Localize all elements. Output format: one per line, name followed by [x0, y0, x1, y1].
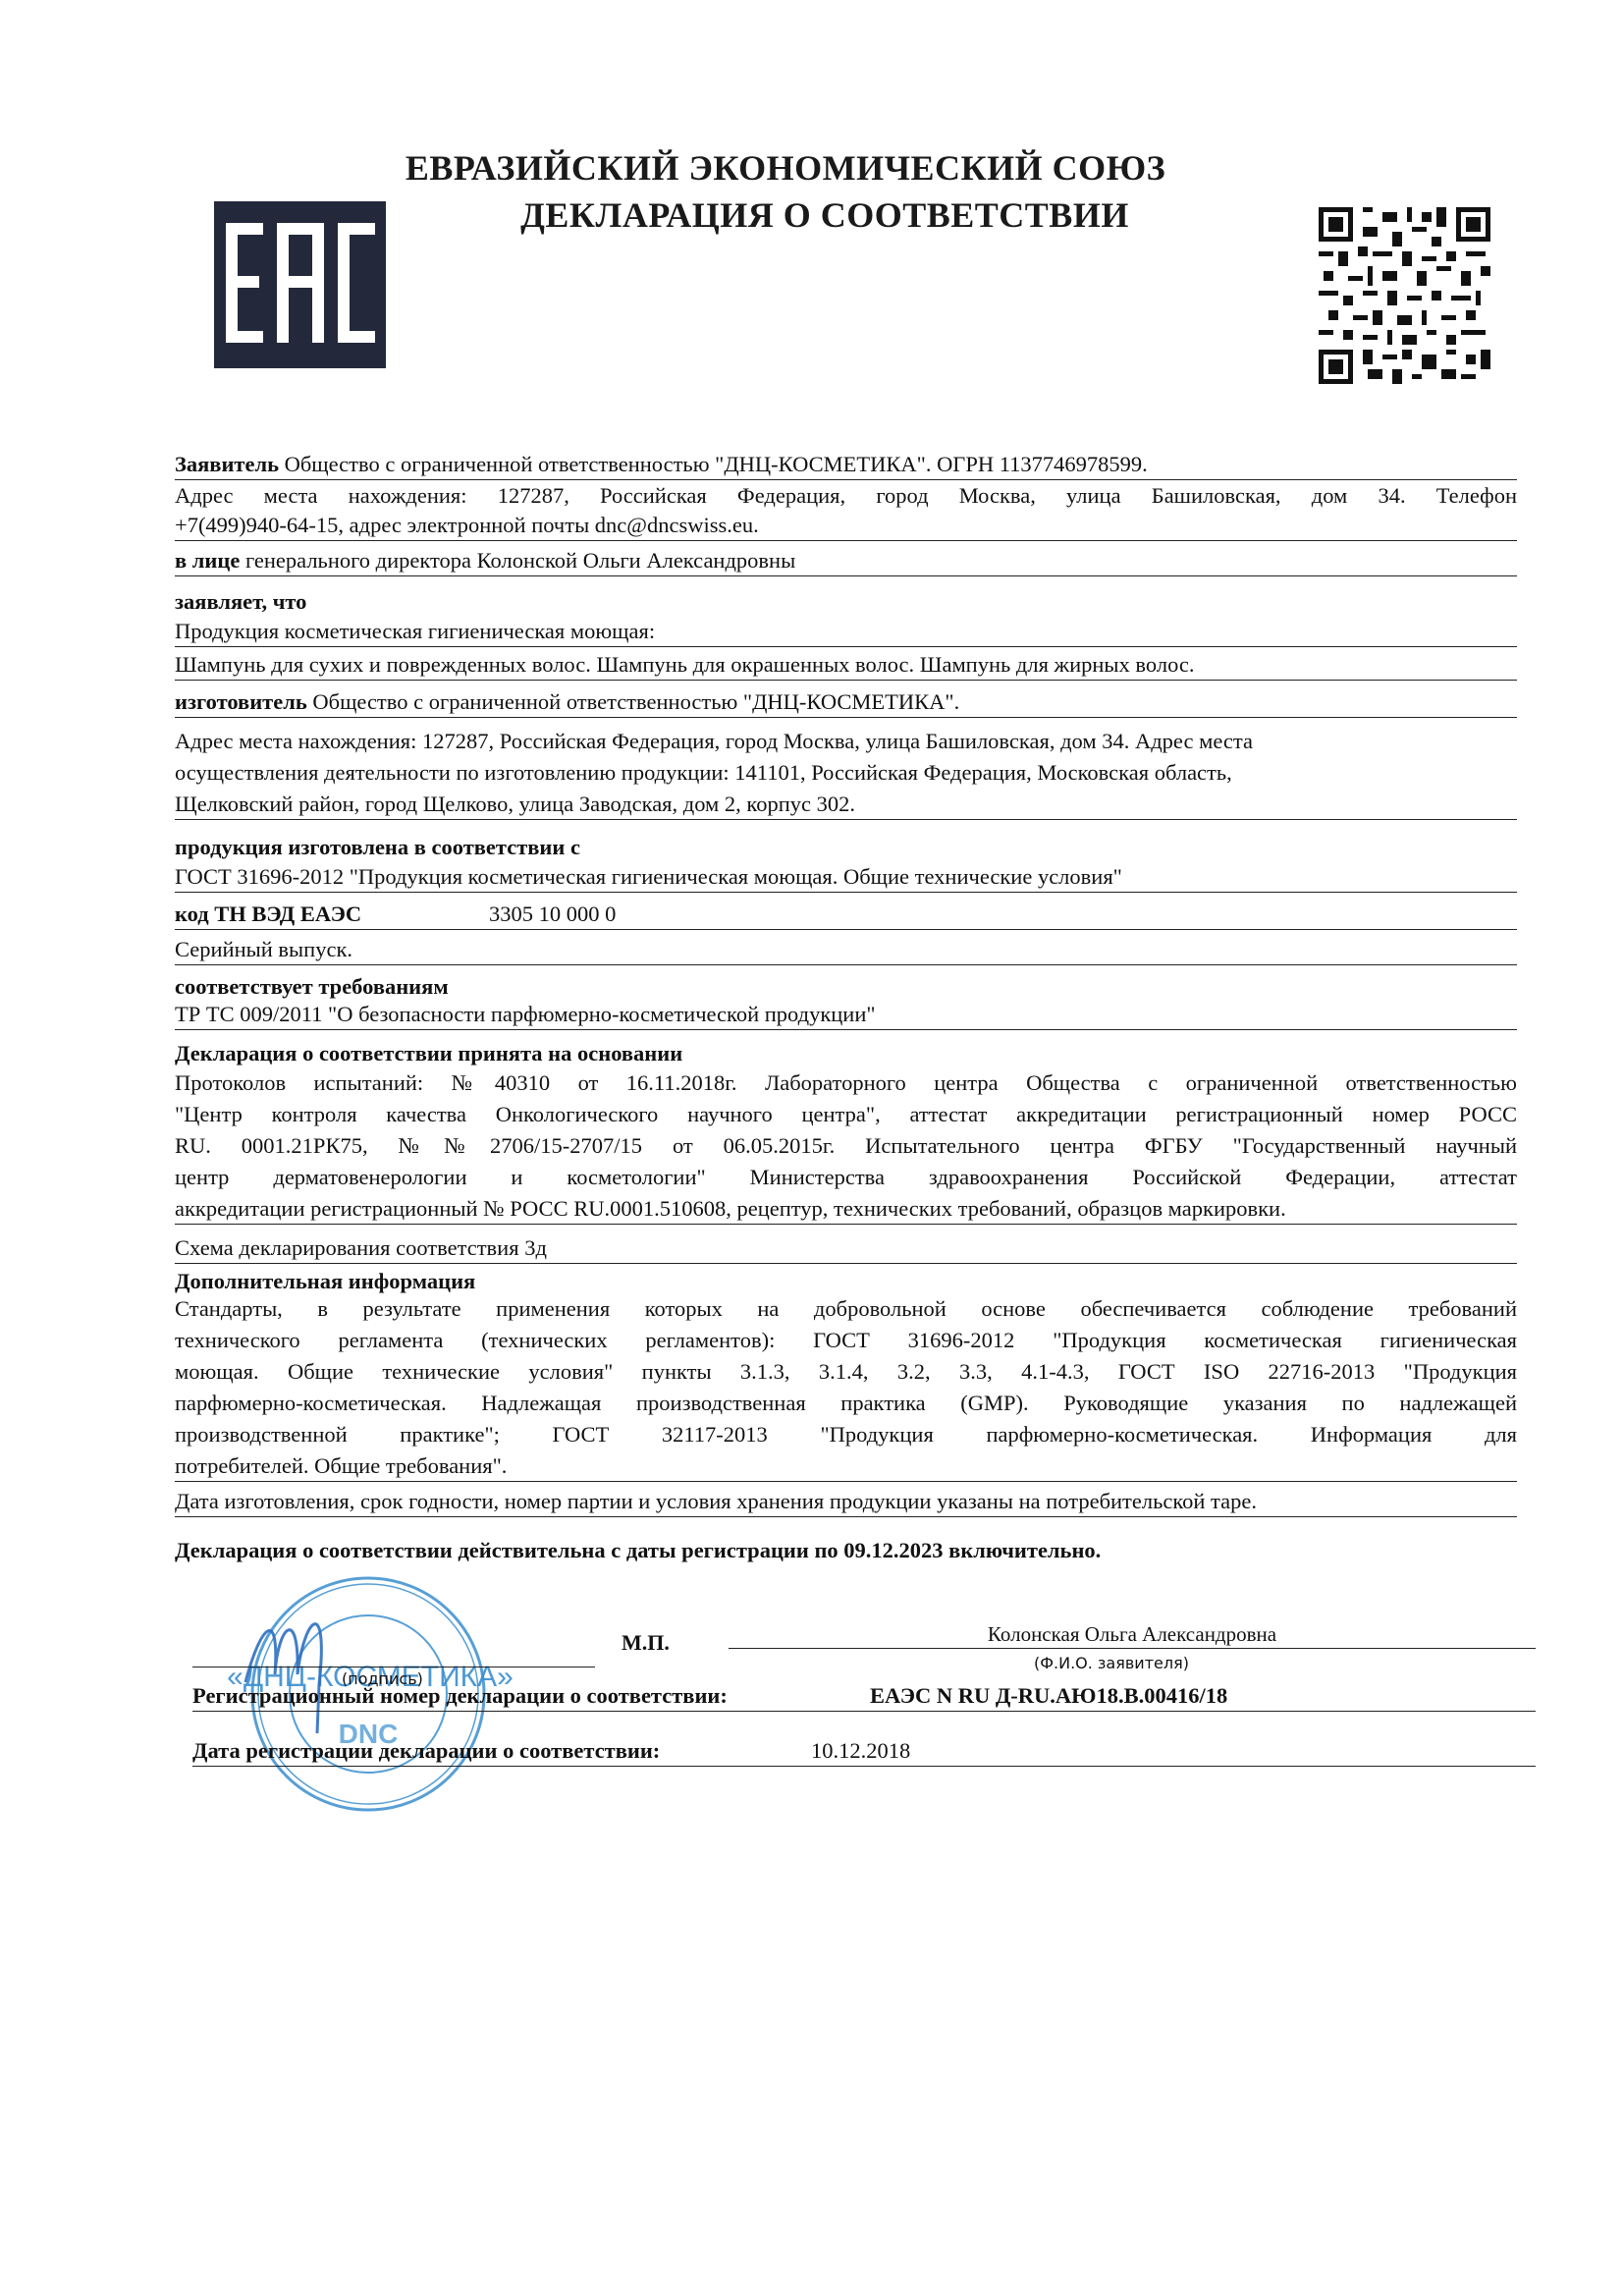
- applicant-address-line2: +7(499)940-64-15, адрес электронной почт…: [175, 511, 1517, 541]
- qr-code-icon[interactable]: [1319, 207, 1490, 384]
- basis-line: Протоколов испытаний: №40310 от 16.11.20…: [175, 1068, 1517, 1098]
- basis-line: "Центр контроля качества Онкологического…: [175, 1100, 1517, 1129]
- serial-release: Серийный выпуск.: [175, 935, 1517, 965]
- product-line1: Продукция косметическая гигиеническая мо…: [175, 617, 1517, 647]
- additional-line: моющая. Общие технические условия" пункт…: [175, 1357, 1517, 1387]
- signature-line: [192, 1667, 595, 1667]
- tn-ved-row: код ТН ВЭД ЕАЭС 3305 10 000 0: [175, 900, 1517, 930]
- tn-ved-label: код ТН ВЭД ЕАЭС: [175, 902, 361, 926]
- additional-line: потребителей. Общие требования".: [175, 1451, 1517, 1482]
- declares-label: заявляет, что: [175, 587, 1517, 617]
- manufacturer-name: Общество с ограниченной ответственностью…: [307, 689, 959, 714]
- registration-number-label: Регистрационный номер декларации о соотв…: [192, 1683, 728, 1708]
- registration-date-value: 10.12.2018: [811, 1736, 910, 1766]
- additional-line: парфюмерно-косметическая. Надлежащая про…: [175, 1389, 1517, 1418]
- eac-mark-icon: [214, 201, 386, 368]
- made-per-label: продукция изготовлена в соответствии с: [175, 833, 1517, 862]
- applicant-label: Заявитель: [175, 452, 279, 476]
- product-line2: Шампунь для сухих и поврежденных волос. …: [175, 650, 1517, 681]
- applicant-row: Заявитель Общество с ограниченной ответс…: [175, 450, 1517, 480]
- stamp-place-label: М.П.: [622, 1630, 670, 1656]
- tn-ved-code: 3305 10 000 0: [489, 900, 616, 929]
- name-caption: (Ф.И.О. заявителя): [1034, 1654, 1189, 1672]
- additional-label: Дополнительная информация: [175, 1267, 1517, 1296]
- storage-info: Дата изготовления, срок годности, номер …: [175, 1487, 1517, 1517]
- manufacturer-address-line2: осуществления деятельности по изготовлен…: [175, 758, 1517, 788]
- applicant-full-name: Колонская Ольга Александровна: [729, 1620, 1536, 1649]
- additional-line: производственной практике"; ГОСТ 32117-2…: [175, 1420, 1517, 1449]
- basis-line: центр дерматовенерологии и косметологии"…: [175, 1163, 1517, 1192]
- declaration-title: ДЕКЛАРАЦИЯ О СООТВЕТСТВИИ: [334, 194, 1316, 236]
- basis-line: аккредитации регистрационный № РОСС RU.0…: [175, 1194, 1517, 1225]
- manufacturer-address-line3: Щелковский район, город Щелково, улица З…: [175, 790, 1517, 820]
- registration-number-row: Регистрационный номер декларации о соотв…: [192, 1681, 1536, 1712]
- basis-line: RU. 0001.21РК75, №№2706/15-2707/15 от 06…: [175, 1131, 1517, 1161]
- manufacturer-row: изготовитель Общество с ограниченной отв…: [175, 687, 1517, 718]
- manufacturer-label: изготовитель: [175, 689, 307, 714]
- declaration-scheme: Схема декларирования соответствия 3д: [175, 1233, 1517, 1264]
- union-title: ЕВРАЗИЙСКИЙ ЭКОНОМИЧЕСКИЙ СОЮЗ: [295, 147, 1276, 189]
- registration-date-row: Дата регистрации декларации о соответств…: [192, 1736, 1536, 1767]
- represented-row: в лице генерального директора Колонской …: [175, 546, 1517, 576]
- registration-number-value: ЕАЭС N RU Д-RU.АЮ18.В.00416/18: [870, 1681, 1227, 1711]
- applicant-name: Общество с ограниченной ответственностью…: [279, 452, 1148, 476]
- additional-line: технического регламента (технических рег…: [175, 1326, 1517, 1355]
- applicant-address-line1: Адрес места нахождения: 127287, Российск…: [175, 481, 1517, 511]
- made-per-standard: ГОСТ 31696-2012 "Продукция косметическая…: [175, 862, 1517, 893]
- additional-line: Стандарты, в результате применения котор…: [175, 1294, 1517, 1324]
- complies-regulation: ТР ТС 009/2011 "О безопасности парфюмерн…: [175, 1000, 1517, 1030]
- represented-name: генерального директора Колонской Ольги А…: [240, 548, 795, 573]
- validity-statement: Декларация о соответствии действительна …: [175, 1536, 1517, 1565]
- registration-date-label: Дата регистрации декларации о соответств…: [192, 1738, 660, 1763]
- represented-label: в лице: [175, 548, 240, 573]
- complies-label: соответствует требованиям: [175, 972, 1517, 1002]
- basis-label: Декларация о соответствии принята на осн…: [175, 1039, 1517, 1068]
- manufacturer-address-line1: Адрес места нахождения: 127287, Российск…: [175, 727, 1517, 756]
